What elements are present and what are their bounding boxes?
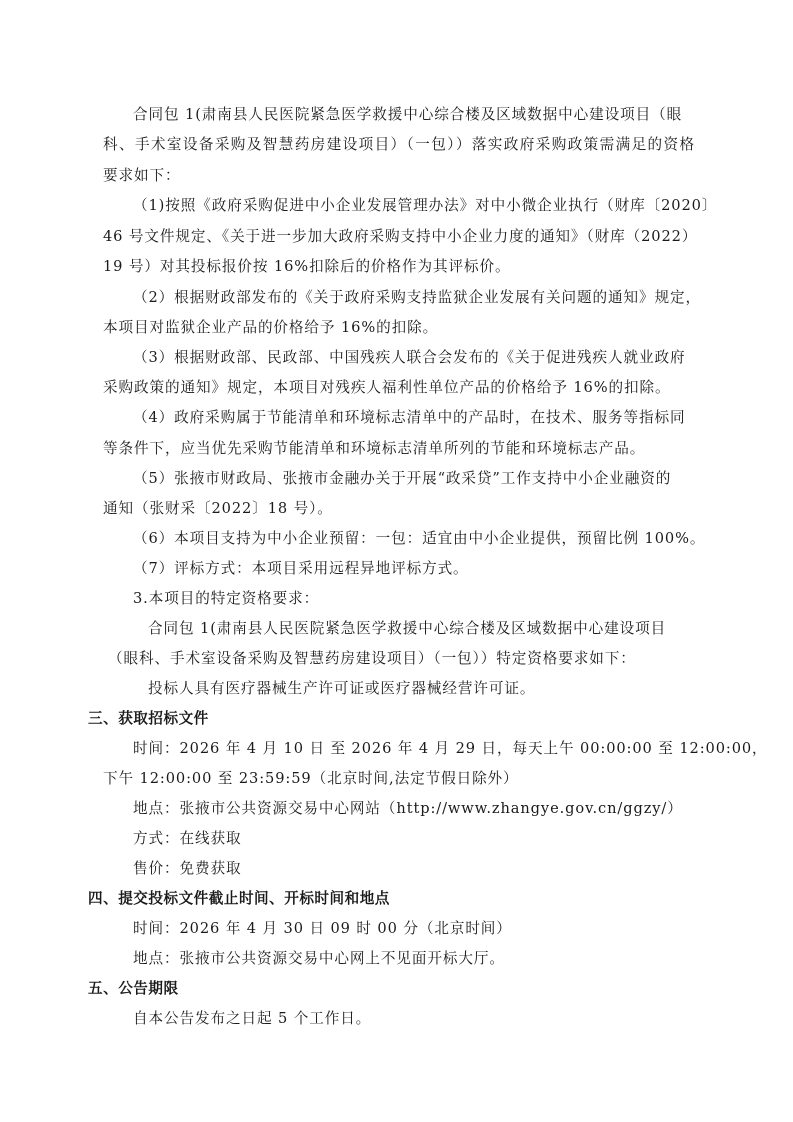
section-4-time: 时间：2026 年 4 月 30 日 09 时 00 分（北京时间）: [133, 918, 695, 940]
section-3-method: 方式：在线获取: [133, 828, 695, 850]
section-4-location: 地点：张掖市公共资源交易中心网上不见面开标大厅。: [133, 948, 695, 970]
policy-item-1-line-1: （1)按照《政府采购促进中小企业发展管理办法》对中小微企业执行（财库〔2020〕: [133, 195, 695, 217]
policy-item-5-line-1: （5）张掖市财政局、张掖市金融办关于开展“政采贷”工作支持中小企业融资的: [133, 468, 695, 490]
policy-item-2-line-1: （2）根据财政部发布的《关于政府采购支持监狱企业发展有关问题的通知》规定，: [133, 287, 695, 309]
section-5-period: 自本公告发布之日起 5 个工作日。: [133, 1008, 695, 1030]
policy-item-7: （7）评标方式：本项目采用远程异地评标方式。: [133, 558, 695, 580]
document-page: 合同包 1(肃南县人民医院紧急医学救援中心综合楼及区域数据中心建设项目（眼 科、…: [0, 0, 793, 1122]
section-3-location: 地点：张掖市公共资源交易中心网站（http://www.zhangye.gov.…: [133, 798, 695, 820]
policy-item-4-line-1: （4）政府采购属于节能清单和环境标志清单中的产品时，在技术、服务等指标同: [133, 407, 695, 429]
specific-qualification-line-1: 合同包 1(肃南县人民医院紧急医学救援中心综合楼及区域数据中心建设项目: [148, 618, 695, 640]
section-5-heading: 五、公告期限: [88, 978, 680, 1000]
policy-item-1-line-3: 19 号）对其投标报价按 16%扣除后的价格作为其评标价。: [103, 256, 695, 278]
section-3-time-line-2: 下午 12:00:00 至 23:59:59（北京时间,法定节假日除外）: [103, 768, 695, 790]
specific-qualification-line-2: （眼科、手术室设备采购及智慧药房建设项目）（一包））特定资格要求如下：: [108, 648, 700, 670]
policy-item-3-line-1: （3）根据财政部、民政部、中国残疾人联合会发布的《关于促进残疾人就业政府: [133, 347, 695, 369]
contract-package-intro-line-1: 合同包 1(肃南县人民医院紧急医学救援中心综合楼及区域数据中心建设项目（眼: [133, 104, 695, 126]
specific-qualification-title: 3.本项目的特定资格要求：: [133, 588, 695, 610]
policy-item-1-line-2: 46 号文件规定、《关于进一步加大政府采购支持中小企业力度的通知》（财库（202…: [103, 226, 695, 248]
section-3-price: 售价：免费获取: [133, 858, 695, 880]
section-3-heading: 三、获取招标文件: [88, 708, 680, 730]
policy-item-5-line-2: 通知（张财采〔2022〕18 号）。: [103, 498, 695, 520]
policy-item-6: （6）本项目支持为中小企业预留：一包：适宜由中小企业提供，预留比例 100%。: [133, 528, 695, 550]
contract-package-intro-line-3: 要求如下：: [103, 165, 695, 187]
section-3-time-line-1: 时间：2026 年 4 月 10 日 至 2026 年 4 月 29 日，每天上…: [133, 738, 695, 760]
section-4-heading: 四、提交投标文件截止时间、开标时间和地点: [88, 888, 680, 910]
specific-qualification-requirement: 投标人具有医疗器械生产许可证或医疗器械经营许可证。: [148, 678, 695, 700]
policy-item-2-line-2: 本项目对监狱企业产品的价格给予 16%的扣除。: [103, 317, 695, 339]
policy-item-4-line-2: 等条件下，应当优先采购节能清单和环境标志清单所列的节能和环境标志产品。: [103, 438, 695, 460]
policy-item-3-line-2: 采购政策的通知》规定，本项目对残疾人福利性单位产品的价格给予 16%的扣除。: [103, 377, 695, 399]
contract-package-intro-line-2: 科、手术室设备采购及智慧药房建设项目）（一包））落实政府采购政策需满足的资格: [103, 134, 695, 156]
